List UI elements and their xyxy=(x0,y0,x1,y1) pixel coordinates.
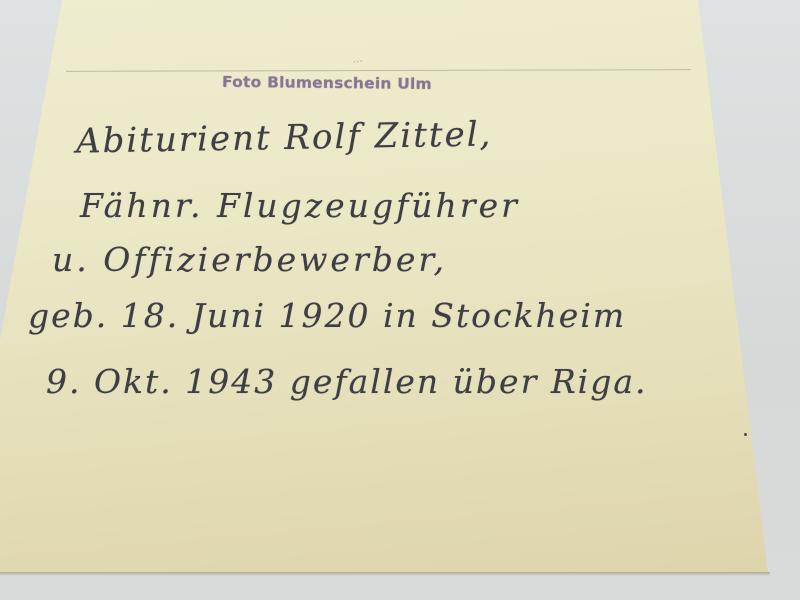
handwriting-line-4: geb. 18. Juni 1920 in Stockheim xyxy=(28,296,626,335)
ink-dot xyxy=(744,433,747,436)
handwriting-line-2: Fähnr. Flugzeugführer xyxy=(80,186,520,225)
photographer-stamp: Foto Blumenschein Ulm xyxy=(222,73,432,93)
paper-bottom-shadow xyxy=(0,572,770,576)
handwriting-line-1: Abiturient Rolf Zittel, xyxy=(76,114,493,161)
scene: ... Foto Blumenschein Ulm Abiturient Rol… xyxy=(0,0,800,600)
handwriting-line-3: u. Offizierbewerber, xyxy=(52,240,447,279)
pencil-note: ... xyxy=(351,51,363,65)
handwriting-line-5: 9. Okt. 1943 gefallen über Riga. xyxy=(46,362,648,401)
